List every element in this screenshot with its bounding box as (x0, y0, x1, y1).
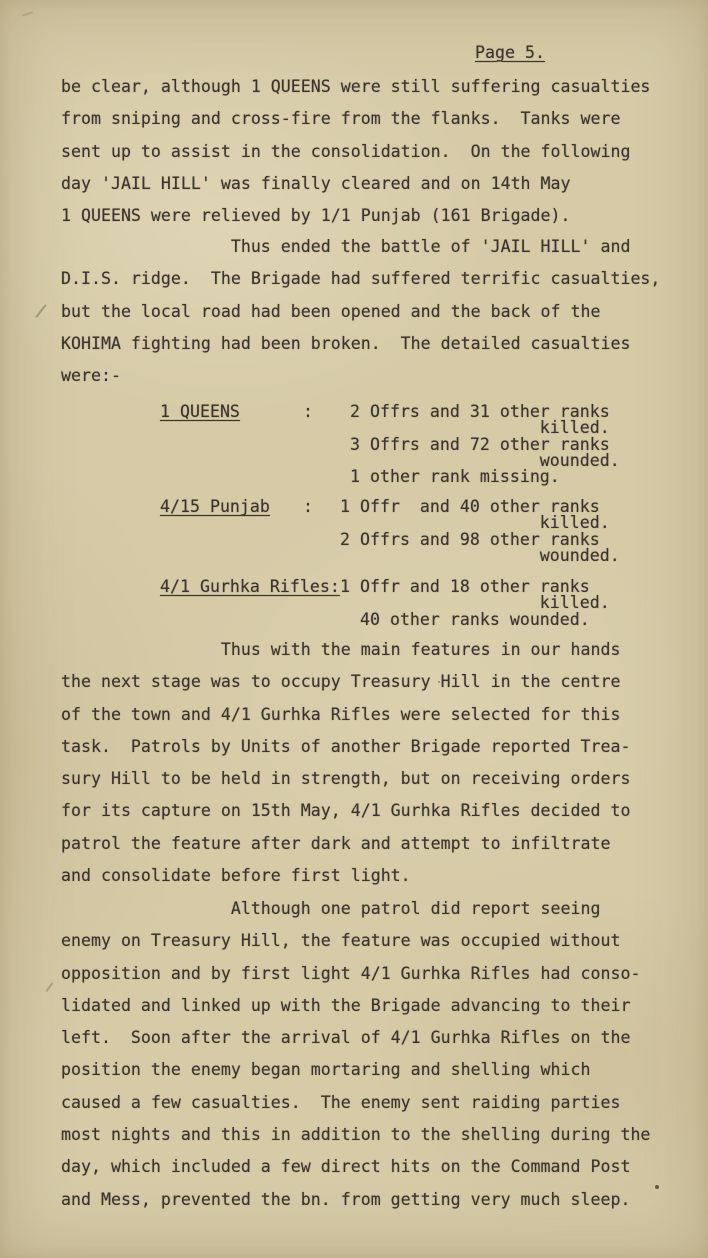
pencil-mark (35, 304, 46, 318)
paragraph-jail-hill-cleared: be clear, although 1 QUEENS were still s… (61, 71, 650, 232)
unit-name: 4/15 Punjab (160, 499, 270, 515)
casualty-figures: 2 Offrs and 31 other ranks killed. 3 Off… (340, 404, 620, 485)
colon-separator: : (303, 499, 313, 515)
casualty-figures: 1 Offr and 18 other ranks killed. 40 oth… (340, 579, 610, 628)
casualty-figures: 1 Offr and 40 other ranks killed. 2 Offr… (340, 499, 620, 564)
unit-name: 1 QUEENS (160, 404, 240, 420)
document-page: Page 5. be clear, although 1 QUEENS were… (0, 0, 708, 1258)
colon-separator: : (303, 404, 313, 420)
unit-name: 4/1 Gurhka Rifles: (160, 579, 340, 595)
pencil-mark (22, 11, 33, 16)
pencil-mark (46, 982, 54, 992)
paragraph-occupation-and-shelling: Although one patrol did report seeing en… (61, 893, 650, 1216)
paragraph-battle-ended: Thus ended the battle of 'JAIL HILL' and… (61, 231, 660, 392)
paragraph-treasury-hill-plan: Thus with the main features in our hands… (61, 634, 630, 892)
ink-speck (655, 1185, 659, 1189)
page-number: Page 5. (475, 42, 545, 64)
